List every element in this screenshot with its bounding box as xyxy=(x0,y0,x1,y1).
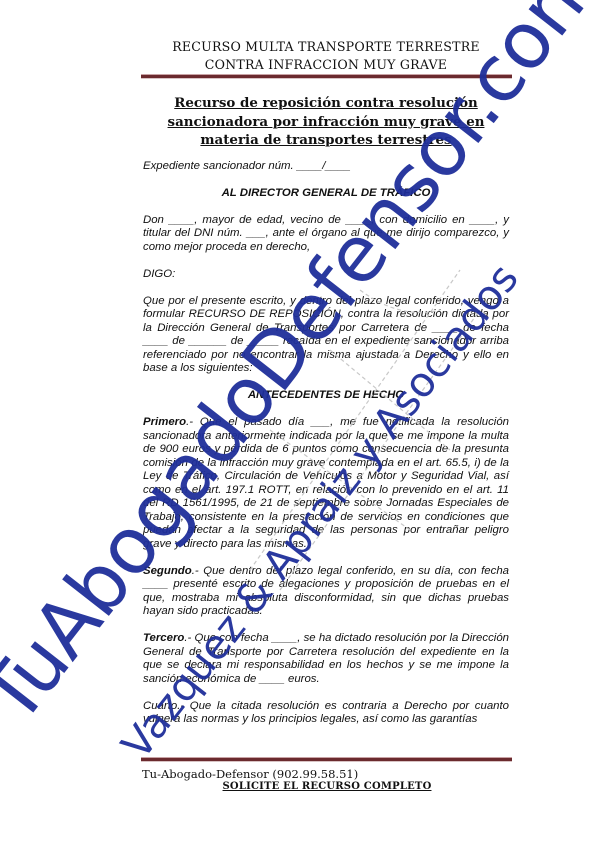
footer-request-link[interactable]: SOLICITE EL RECURSO COMPLETO xyxy=(142,781,512,792)
fact-text: .- Que con fecha ____, se ha dictado res… xyxy=(143,632,509,685)
fact-lead: Tercero xyxy=(143,632,184,644)
document-body: Expediente sancionador núm. ____/____ AL… xyxy=(143,160,509,740)
page-header: RECURSO MULTA TRANSPORTE TERRESTRE CONTR… xyxy=(140,38,512,74)
digo-label: DIGO: xyxy=(143,268,509,282)
document-page: RECURSO MULTA TRANSPORTE TERRESTRE CONTR… xyxy=(0,0,595,842)
fact-tercero: Tercero.- Que con fecha ____, se ha dict… xyxy=(143,632,509,686)
section-heading: ANTECEDENTES DE HECHO xyxy=(143,389,509,403)
petition-paragraph: Que por el presente escrito, y dentro de… xyxy=(143,295,509,376)
footer-firm-name: Tu-Abogado-Defensor (902.99.58.51) xyxy=(142,767,358,781)
fact-lead: Segundo xyxy=(143,565,192,577)
fact-cuarto: Cuarto.- Que la citada resolución es con… xyxy=(143,700,509,727)
header-line-2: CONTRA INFRACCION MUY GRAVE xyxy=(140,56,512,74)
fact-segundo: Segundo.- Que dentro del plazo legal con… xyxy=(143,565,509,619)
footer-rule xyxy=(141,757,512,762)
fact-text: Cuarto.- Que la citada resolución es con… xyxy=(143,700,509,726)
expediente-number: Expediente sancionador núm. ____/____ xyxy=(143,160,509,174)
header-line-1: RECURSO MULTA TRANSPORTE TERRESTRE xyxy=(140,38,512,56)
intro-paragraph: Don ____, mayor de edad, vecino de ____,… xyxy=(143,214,509,255)
title-line-2: sancionadora por infracción muy grave en xyxy=(150,113,502,132)
fact-primero: Primero.- Que el pasado día ___, me fue … xyxy=(143,416,509,551)
title-line-1: Recurso de reposición contra resolución xyxy=(150,94,502,113)
fact-text: .- Que el pasado día ___, me fue notific… xyxy=(143,416,509,550)
header-rule xyxy=(141,74,512,79)
addressee-heading: AL DIRECTOR GENERAL DE TRÁFICO xyxy=(143,187,509,201)
fact-lead: Primero xyxy=(143,416,186,428)
fact-text: .- Que dentro del plazo legal conferido,… xyxy=(143,565,509,618)
title-line-3: materia de transportes terrestres xyxy=(150,131,502,150)
document-title: Recurso de reposición contra resolución … xyxy=(150,94,502,150)
